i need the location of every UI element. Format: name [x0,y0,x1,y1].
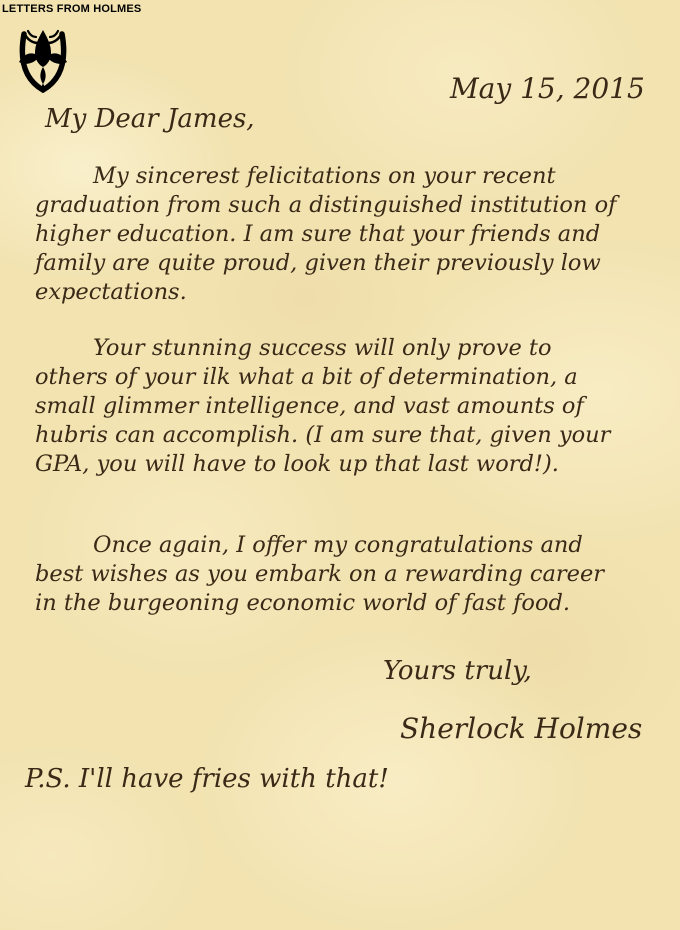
letter-salutation: My Dear James, [45,104,255,134]
letter-page: LETTERS FROM HOLMES May 15, 2015 My Dear… [0,0,680,930]
letter-signature: Sherlock Holmes [400,712,642,745]
letter-paragraph: Once again, I offer my congratulations a… [35,531,627,618]
letter-paragraph: My sincerest felicitations on your recen… [35,162,627,307]
holmes-crest-icon [14,24,72,96]
letter-postscript: P.S. I'll have fries with that! [25,764,389,794]
brand-label: LETTERS FROM HOLMES [2,3,141,15]
letter-paragraph: Your stunning success will only prove to… [35,334,627,479]
letter-closing: Yours truly, [383,656,532,686]
letter-date: May 15, 2015 [450,72,645,105]
